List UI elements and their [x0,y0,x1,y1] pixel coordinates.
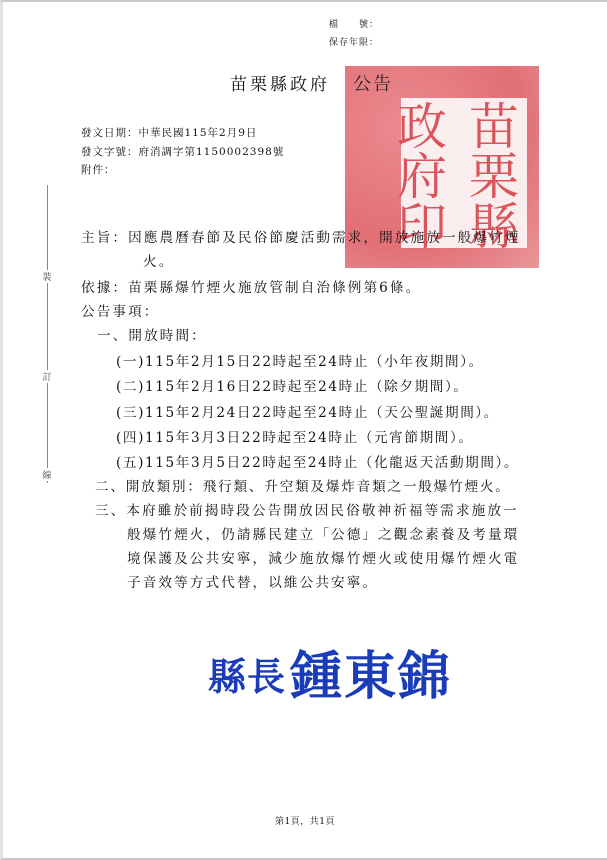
issue-number: 發文字號：府消調字第1150002398號 [81,144,284,159]
period-item: (四)115年3月3日22時起至24時止（元宵節期間）。 [116,426,474,446]
document-type-label: 公告 [353,70,393,96]
attachment-label: 附件： [81,162,116,177]
subject-line-2: 火。 [143,250,174,270]
agency-title: 苗栗縣政府 [230,70,330,95]
binding-line [47,185,48,483]
binding-char: 裝 [40,270,54,283]
issue-date: 發文日期：中華民國115年2月9日 [81,125,257,140]
binding-char: 線 [40,468,54,481]
seal-char: 政 [382,100,454,150]
signature-name: 鍾東錦 [290,634,452,709]
period-item: (一)115年2月15日22時起至24時止（小年夜期間）。 [116,350,484,370]
basis: 依據：苗栗縣爆竹煙火施放管制自治條例第6條。 [81,276,421,296]
page-number: 第1頁，共1頁 [275,814,335,827]
item-1-heading: 一、開放時間： [97,324,207,344]
item-3-line: 三、本府雖於前揭時段公告開放因民俗敬神祈福等需求施放一 [95,499,519,519]
period-item: (三)115年2月24日22時起至24時止（天公聖誕期間）。 [116,401,499,421]
file-number-label: 檔 號： [329,17,379,30]
notice-heading: 公告事項： [81,300,159,320]
period-item: (五)115年3月5日22時起至24時止（化龍返天活動期間）。 [116,451,519,471]
retention-period-label: 保存年限： [329,35,379,48]
seal-char: 苗 [454,100,526,150]
item-3-line: 境保護及公共安寧，減少施放爆竹煙火或使用爆竹煙火電 [127,547,519,567]
period-item: (二)115年2月16日22時起至24時止（除夕期間）。 [116,375,469,395]
item-3-line: 般爆竹煙火，仍請縣民建立「公德」之觀念素養及考量環 [127,523,519,543]
item-2: 二、開放類別：飛行類、升空類及爆炸音類之一般爆竹煙火。 [95,475,511,495]
subject-line-1: 主旨：因應農曆春節及民俗節慶活動需求，開放施放一般爆竹煙 [81,226,520,246]
item-3-line: 子音效等方式代替，以維公共安寧。 [127,571,378,591]
document-page: 檔 號： 保存年限： 苗 栗 縣 政 府 印 苗栗縣政府 公告 發文日期：中華民… [0,0,607,860]
seal-char: 府 [382,150,454,200]
signature-title: 縣長 [208,646,286,701]
binding-char: 訂 [40,370,54,383]
seal-char: 栗 [454,150,526,200]
